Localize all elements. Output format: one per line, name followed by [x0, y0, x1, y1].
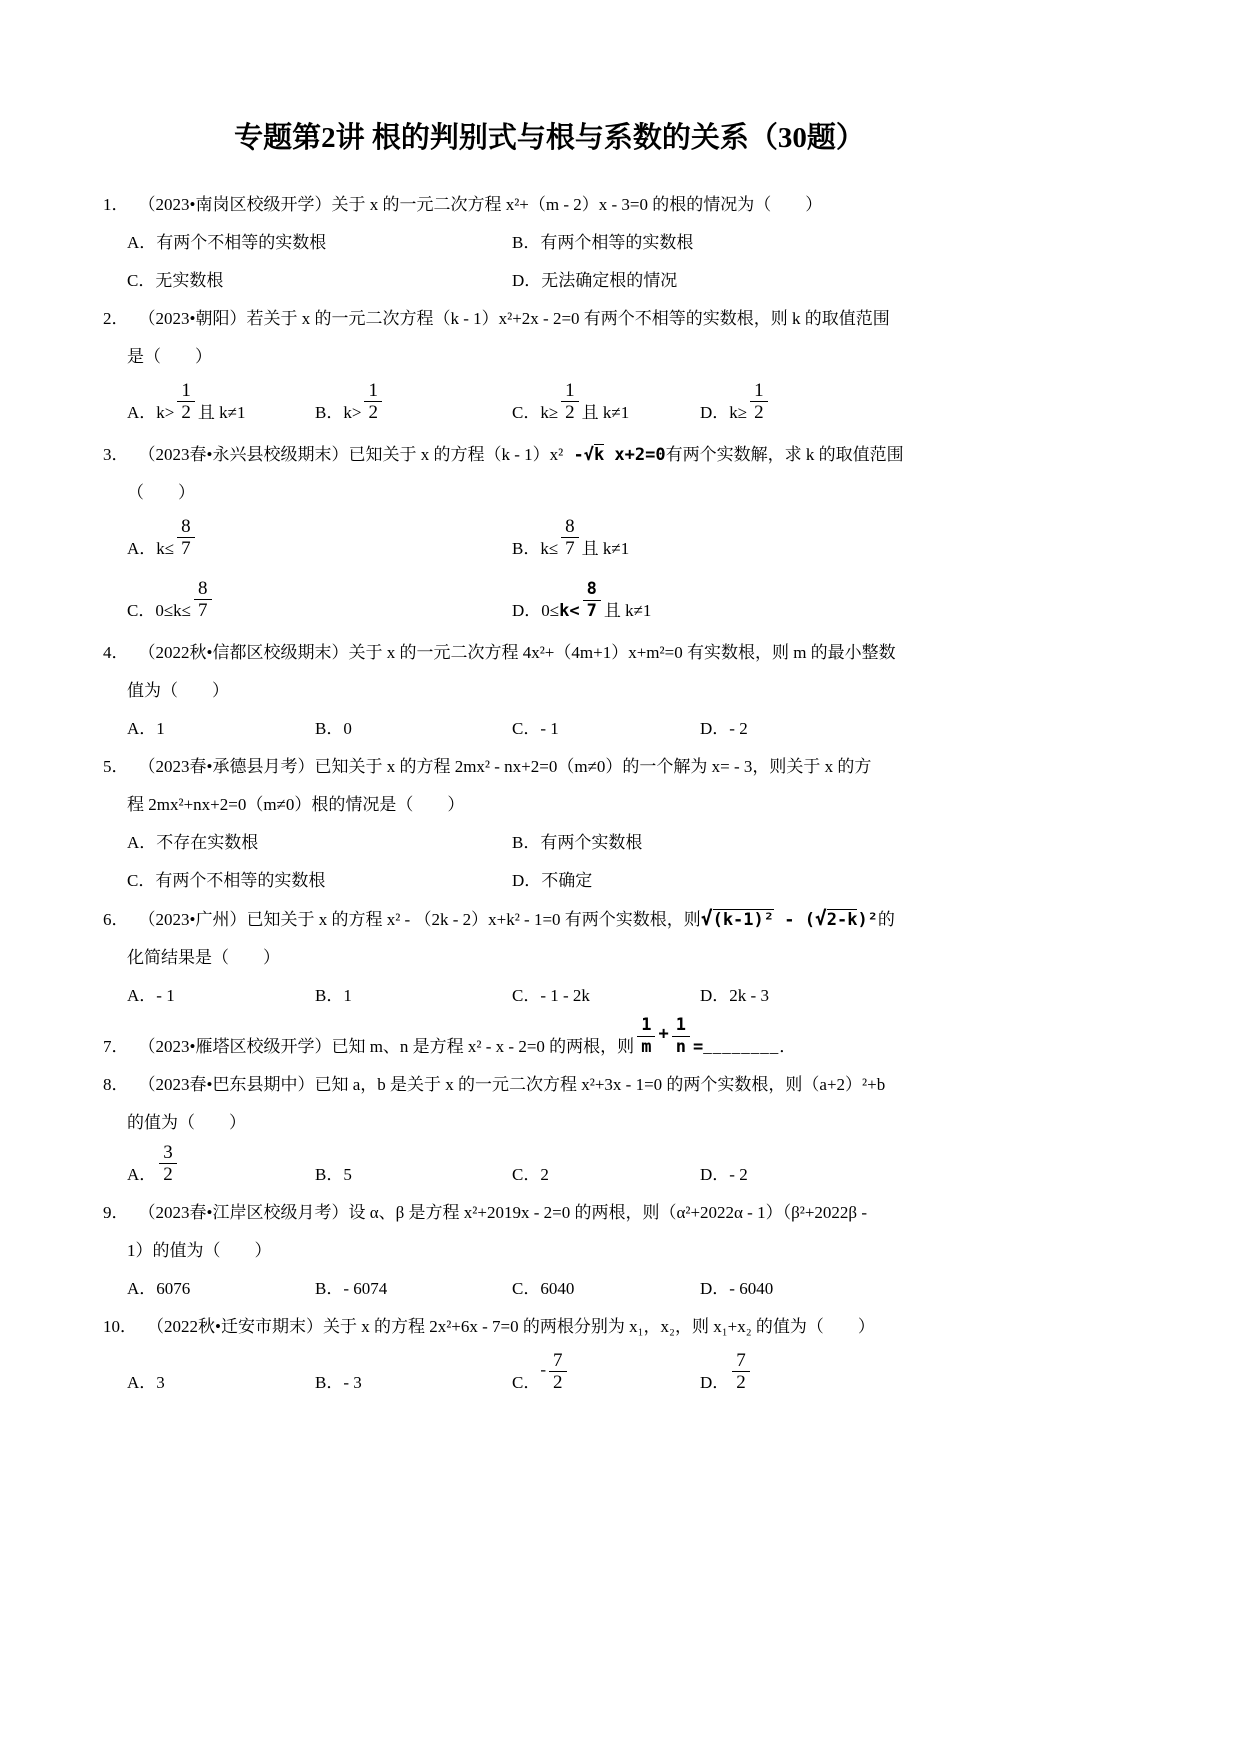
question-8-line-2: 的值为（ ） — [103, 1104, 1156, 1142]
fraction-numerator: 8 — [177, 516, 195, 538]
question-9-line-1: 9．（2023春•江岸区校级月考）设 α、β 是方程 x²+2019x - 2=… — [103, 1194, 1156, 1232]
option-b-suffix: 且 k≠1 — [582, 539, 630, 558]
question-2-option-d: D．k≥12 — [700, 380, 1156, 432]
question-8-line-1: 8．（2023春•巴东县期中）已知 a，b 是关于 x 的一元二次方程 x²+3… — [103, 1066, 1156, 1104]
fraction-denominator: m — [637, 1037, 655, 1058]
option-b-text: B．k≤ — [512, 539, 558, 558]
inequality-formula: k<87 — [559, 601, 604, 621]
fraction-denominator: 7 — [194, 600, 212, 621]
fraction: 72 — [732, 1350, 750, 1393]
fraction-denominator: 2 — [364, 402, 382, 423]
question-6-line-1: 6．（2023•广州）已知关于 x 的方程 x² - （2k - 2）x+k² … — [103, 900, 1156, 939]
fraction-numerator: 1 — [561, 380, 579, 402]
fraction-numerator: 1 — [364, 380, 382, 402]
question-6-number: 6． — [103, 901, 129, 939]
question-3-line-2: （ ） — [103, 474, 1156, 512]
question-3-option-b: B．k≤87且 k≠1 — [512, 516, 1156, 568]
question-3-line-1: 3．（2023春•永兴县校级期末）已知关于 x 的方程（k - 1）x² -√k… — [103, 436, 1156, 474]
minus-sign: - — [540, 1360, 546, 1379]
period: ． — [779, 1037, 796, 1056]
question-4-text: （2022秋•信都区校级期末）关于 x 的一元二次方程 4x²+（4m+1）x+… — [139, 643, 896, 662]
plus-sign: + — [658, 1024, 668, 1044]
page-title: 专题第2讲 根的判别式与根与系数的关系（30题） — [103, 116, 996, 160]
question-9-option-c: C．6040 — [512, 1270, 700, 1308]
question-6-option-b: B．1 — [315, 977, 512, 1015]
question-6-line-2: 化简结果是（ ） — [103, 939, 1156, 977]
inequality-text: k< — [559, 601, 579, 621]
radical-expression: √(k-1)² - (√2-k)² — [701, 910, 878, 930]
fraction-denominator: 2 — [732, 1372, 750, 1393]
question-8-number: 8． — [103, 1066, 129, 1104]
radicand: 2-k — [827, 909, 858, 930]
option-b-text: B．k> — [315, 403, 361, 422]
question-2-option-b: B．k>12 — [315, 380, 512, 432]
question-5: 5．（2023春•承德县月考）已知关于 x 的方程 2mx² - nx+2=0（… — [103, 748, 1156, 900]
expression-middle: - ( — [774, 910, 815, 930]
question-4-options: A．1 B．0 C．- 1 D．- 2 — [127, 710, 1156, 748]
fraction-numerator: 8 — [194, 578, 212, 600]
question-9-option-a: A．6076 — [127, 1270, 315, 1308]
radicand: k — [594, 444, 604, 465]
question-4-option-d: D．- 2 — [700, 710, 1156, 748]
question-3-option-c: C．0≤k≤87 — [127, 578, 512, 630]
fraction-numerator: 1 — [177, 380, 195, 402]
fraction: 12 — [364, 380, 382, 423]
fraction: 1n — [672, 1015, 690, 1058]
fraction-numerator: 8 — [583, 579, 601, 601]
question-8-options: A．32 B．5 C．2 D．- 2 — [127, 1142, 1156, 1194]
question-9-option-d: D．- 6040 — [700, 1270, 1156, 1308]
option-c-text: C．0≤k≤ — [127, 601, 191, 620]
sqrt-symbol: √ — [815, 907, 827, 930]
question-4-option-a: A．1 — [127, 710, 315, 748]
question-10-text: （2022秋•迁安市期末）关于 x 的方程 2x²+6x - 7=0 的两根分别… — [147, 1317, 875, 1336]
question-6-option-a: A．- 1 — [127, 977, 315, 1015]
question-7-number: 7． — [103, 1028, 129, 1066]
fraction: 87 — [177, 516, 195, 559]
question-4: 4．（2022秋•信都区校级期末）关于 x 的一元二次方程 4x²+（4m+1）… — [103, 634, 1156, 748]
question-1: 1．（2023•南岗区校级开学）关于 x 的一元二次方程 x²+（m - 2）x… — [103, 186, 1156, 300]
question-10-option-d: D．72 — [700, 1350, 1156, 1402]
radical-formula: -√k x+2=0 — [563, 444, 665, 465]
question-6-text: （2023•广州）已知关于 x 的方程 x² - （2k - 2）x+k² - … — [139, 910, 701, 929]
question-5-line-1: 5．（2023春•承德县月考）已知关于 x 的方程 2mx² - nx+2=0（… — [103, 748, 1156, 786]
question-2: 2．（2023•朝阳）若关于 x 的一元二次方程（k - 1）x²+2x - 2… — [103, 300, 1156, 432]
sqrt-symbol: √ — [701, 907, 713, 930]
radicand: (k-1)² — [713, 909, 774, 930]
question-2-option-c: C．k≥12且 k≠1 — [512, 380, 700, 432]
question-1-options: A．有两个不相等的实数根 B．有两个相等的实数根 C．无实数根 D．无法确定根的… — [127, 224, 1156, 300]
fraction-numerator: 1 — [637, 1015, 655, 1037]
question-3-options: A．k≤87 B．k≤87且 k≠1 C．0≤k≤87 D．0≤k<87且 k≠… — [127, 516, 1156, 630]
question-9-text: （2023春•江岸区校级月考）设 α、β 是方程 x²+2019x - 2=0 … — [139, 1203, 868, 1222]
question-2-number: 2． — [103, 300, 129, 338]
fraction-denominator: 7 — [177, 538, 195, 559]
question-2-option-a: A．k>12且 k≠1 — [127, 380, 315, 432]
expression-end: )² — [857, 910, 877, 930]
option-a-text: A． — [127, 1165, 156, 1184]
fraction-numerator: 7 — [549, 1350, 567, 1372]
fraction-denominator: 7 — [583, 601, 601, 622]
question-4-number: 4． — [103, 634, 129, 672]
question-4-line-1: 4．（2022秋•信都区校级期末）关于 x 的一元二次方程 4x²+（4m+1）… — [103, 634, 1156, 672]
question-8-option-d: D．- 2 — [700, 1156, 1156, 1194]
fraction-numerator: 7 — [732, 1350, 750, 1372]
question-5-line-2: 程 2mx²+nx+2=0（m≠0）根的情况是（ ） — [103, 786, 1156, 824]
question-10-option-a: A．3 — [127, 1364, 315, 1402]
fraction: 32 — [159, 1142, 177, 1185]
fraction-denominator: 2 — [561, 402, 579, 423]
option-d-text: D．0≤ — [512, 601, 559, 620]
question-5-number: 5． — [103, 748, 129, 786]
fraction: 72 — [549, 1350, 567, 1393]
question-2-line-1: 2．（2023•朝阳）若关于 x 的一元二次方程（k - 1）x²+2x - 2… — [103, 300, 1156, 338]
fraction-denominator: 2 — [750, 402, 768, 423]
question-7-text: （2023•雁塔区校级开学）已知 m、n 是方程 x² - x - 2=0 的两… — [139, 1037, 635, 1056]
option-c-suffix: 且 k≠1 — [582, 403, 630, 422]
answer-blank: ________ — [703, 1037, 779, 1056]
question-8: 8．（2023春•巴东县期中）已知 a，b 是关于 x 的一元二次方程 x²+3… — [103, 1066, 1156, 1194]
question-3-option-d: D．0≤k<87且 k≠1 — [512, 579, 1156, 630]
question-5-text: （2023春•承德县月考）已知关于 x 的方程 2mx² - nx+2=0（m≠… — [139, 757, 872, 776]
question-6-option-c: C．- 1 - 2k — [512, 977, 700, 1015]
question-1-option-c: C．无实数根 — [127, 262, 512, 300]
fraction: 87 — [561, 516, 579, 559]
question-8-option-c: C．2 — [512, 1156, 700, 1194]
question-9-number: 9． — [103, 1194, 129, 1232]
question-5-option-b: B．有两个实数根 — [512, 824, 1156, 862]
fraction-denominator: 2 — [177, 402, 195, 423]
fraction-denominator: 2 — [159, 1164, 177, 1185]
option-d-text: D．k≥ — [700, 403, 747, 422]
fraction-denominator: 7 — [561, 538, 579, 559]
question-5-options: A．不存在实数根 B．有两个实数根 C．有两个不相等的实数根 D．不确定 — [127, 824, 1156, 900]
formula-tail: x+2=0 — [604, 445, 665, 465]
question-5-option-d: D．不确定 — [512, 862, 1156, 900]
question-7: 7．（2023•雁塔区校级开学）已知 m、n 是方程 x² - x - 2=0 … — [103, 1015, 1156, 1066]
question-3-text: （2023春•永兴县校级期末）已知关于 x 的方程（k - 1）x² — [139, 445, 564, 464]
document-page: 专题第2讲 根的判别式与根与系数的关系（30题） 1．（2023•南岗区校级开学… — [0, 0, 1241, 1754]
sqrt-symbol: -√ — [563, 445, 594, 465]
question-3-option-a: A．k≤87 — [127, 516, 512, 568]
equals-sign: = — [693, 1037, 703, 1057]
question-4-line-2: 值为（ ） — [103, 672, 1156, 710]
fraction-numerator: 1 — [672, 1015, 690, 1037]
fraction-numerator: 8 — [561, 516, 579, 538]
option-d-text: D． — [700, 1373, 729, 1392]
fraction-denominator: 2 — [549, 1372, 567, 1393]
option-d-suffix: 且 k≠1 — [604, 601, 652, 620]
question-1-option-b: B．有两个相等的实数根 — [512, 224, 1156, 262]
question-6-option-d: D．2k - 3 — [700, 977, 1156, 1015]
question-10-option-b: B．- 3 — [315, 1364, 512, 1402]
option-a-suffix: 且 k≠1 — [198, 403, 246, 422]
question-3: 3．（2023春•永兴县校级期末）已知关于 x 的方程（k - 1）x² -√k… — [103, 436, 1156, 630]
question-9-option-b: B．- 6074 — [315, 1270, 512, 1308]
fraction: 1m — [637, 1015, 655, 1058]
question-5-option-c: C．有两个不相等的实数根 — [127, 862, 512, 900]
question-10-line-1: 10．（2022秋•迁安市期末）关于 x 的方程 2x²+6x - 7=0 的两… — [103, 1308, 1156, 1346]
fraction: 87 — [583, 579, 601, 622]
question-6-options: A．- 1 B．1 C．- 1 - 2k D．2k - 3 — [127, 977, 1156, 1015]
fraction-denominator: n — [672, 1037, 690, 1058]
question-9-options: A．6076 B．- 6074 C．6040 D．- 6040 — [127, 1270, 1156, 1308]
question-2-text: （2023•朝阳）若关于 x 的一元二次方程（k - 1）x²+2x - 2=0… — [139, 309, 890, 328]
option-a-text: A．k≤ — [127, 539, 174, 558]
question-8-option-b: B．5 — [315, 1156, 512, 1194]
question-10-options: A．3 B．- 3 C．-72 D．72 — [127, 1350, 1156, 1402]
question-1-option-d: D．无法确定根的情况 — [512, 262, 1156, 300]
option-c-text: C．k≥ — [512, 403, 558, 422]
option-a-text: A．k> — [127, 403, 174, 422]
question-9-line-2: 1）的值为（ ） — [103, 1232, 1156, 1270]
fraction-numerator: 1 — [750, 380, 768, 402]
question-2-line-2: 是（ ） — [103, 338, 1156, 376]
question-4-option-c: C．- 1 — [512, 710, 700, 748]
fraction: 12 — [750, 380, 768, 423]
question-7-line-1: 7．（2023•雁塔区校级开学）已知 m、n 是方程 x² - x - 2=0 … — [103, 1015, 1156, 1066]
fraction-sum-formula: 1m+1n= — [634, 1037, 703, 1057]
fraction: 87 — [194, 578, 212, 621]
question-8-text: （2023春•巴东县期中）已知 a，b 是关于 x 的一元二次方程 x²+3x … — [139, 1075, 886, 1094]
question-10-option-c: C．-72 — [512, 1350, 700, 1402]
question-10-number: 10． — [103, 1308, 137, 1346]
question-10: 10．（2022秋•迁安市期末）关于 x 的方程 2x²+6x - 7=0 的两… — [103, 1308, 1156, 1402]
question-1-number: 1． — [103, 186, 129, 224]
question-4-option-b: B．0 — [315, 710, 512, 748]
question-1-line-1: 1．（2023•南岗区校级开学）关于 x 的一元二次方程 x²+（m - 2）x… — [103, 186, 1156, 224]
question-3-number: 3． — [103, 436, 129, 474]
question-8-option-a: A．32 — [127, 1142, 315, 1194]
question-1-text: （2023•南岗区校级开学）关于 x 的一元二次方程 x²+（m - 2）x -… — [139, 195, 823, 214]
question-6-text-after: 的 — [878, 910, 895, 929]
question-9: 9．（2023春•江岸区校级月考）设 α、β 是方程 x²+2019x - 2=… — [103, 1194, 1156, 1308]
question-5-option-a: A．不存在实数根 — [127, 824, 512, 862]
question-1-option-a: A．有两个不相等的实数根 — [127, 224, 512, 262]
fraction-numerator: 3 — [159, 1142, 177, 1164]
question-6: 6．（2023•广州）已知关于 x 的方程 x² - （2k - 2）x+k² … — [103, 900, 1156, 1015]
question-2-options: A．k>12且 k≠1 B．k>12 C．k≥12且 k≠1 D．k≥12 — [127, 380, 1156, 432]
option-c-text: C． — [512, 1373, 540, 1392]
question-3-text-after: 有两个实数解，求 k 的取值范围 — [666, 445, 904, 464]
fraction: 12 — [561, 380, 579, 423]
fraction: 12 — [177, 380, 195, 423]
